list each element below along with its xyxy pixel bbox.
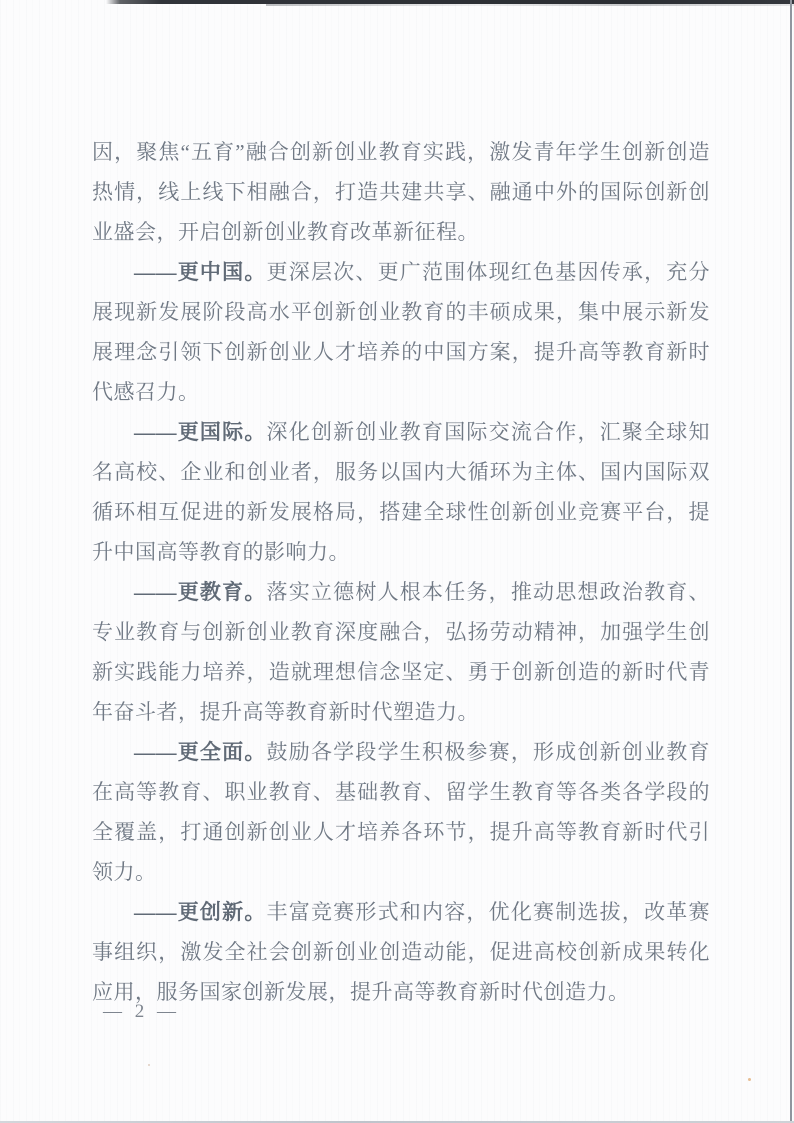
scan-artifact-top-edge <box>106 0 794 4</box>
page-number: — 2 — <box>103 1001 180 1023</box>
document-text-block: 因，聚焦“五育”融合创新创业教育实践，激发青年学生创新创造热情，线上线下相融合，… <box>92 132 710 1012</box>
paragraph-continuation: 因，聚焦“五育”融合创新创业教育实践，激发青年学生创新创造热情，线上线下相融合，… <box>92 132 710 252</box>
paragraph-text: 因，聚焦“五育”融合创新创业教育实践，激发青年学生创新创造热情，线上线下相融合，… <box>92 140 710 244</box>
paragraph-more-innovative: ——更创新。丰富竞赛形式和内容，优化赛制选拔，改革赛事组织，激发全社会创新创业创… <box>92 892 710 1012</box>
paragraph-more-china: ——更中国。更深层次、更广范围体现红色基因传承，充分展现新发展阶段高水平创新创业… <box>92 252 710 412</box>
paragraph-lead: ——更国际。 <box>134 420 267 444</box>
paragraph-more-international: ——更国际。深化创新创业教育国际交流合作，汇聚全球知名高校、企业和创业者，服务以… <box>92 412 710 572</box>
scan-dust-speck <box>148 1064 150 1066</box>
paragraph-more-education: ——更教育。落实立德树人根本任务，推动思想政治教育、专业教育与创新创业教育深度融… <box>92 572 710 732</box>
paragraph-lead: ——更全面。 <box>134 740 267 764</box>
scan-dust-speck <box>748 1078 751 1081</box>
paragraph-more-comprehensive: ——更全面。鼓励各学段学生积极参赛，形成创新创业教育在高等教育、职业教育、基础教… <box>92 732 710 892</box>
paragraph-lead: ——更教育。 <box>134 580 267 604</box>
paragraph-lead: ——更创新。 <box>134 900 267 924</box>
paragraph-lead: ——更中国。 <box>134 260 267 284</box>
scan-artifact-right-edge <box>790 0 792 1123</box>
